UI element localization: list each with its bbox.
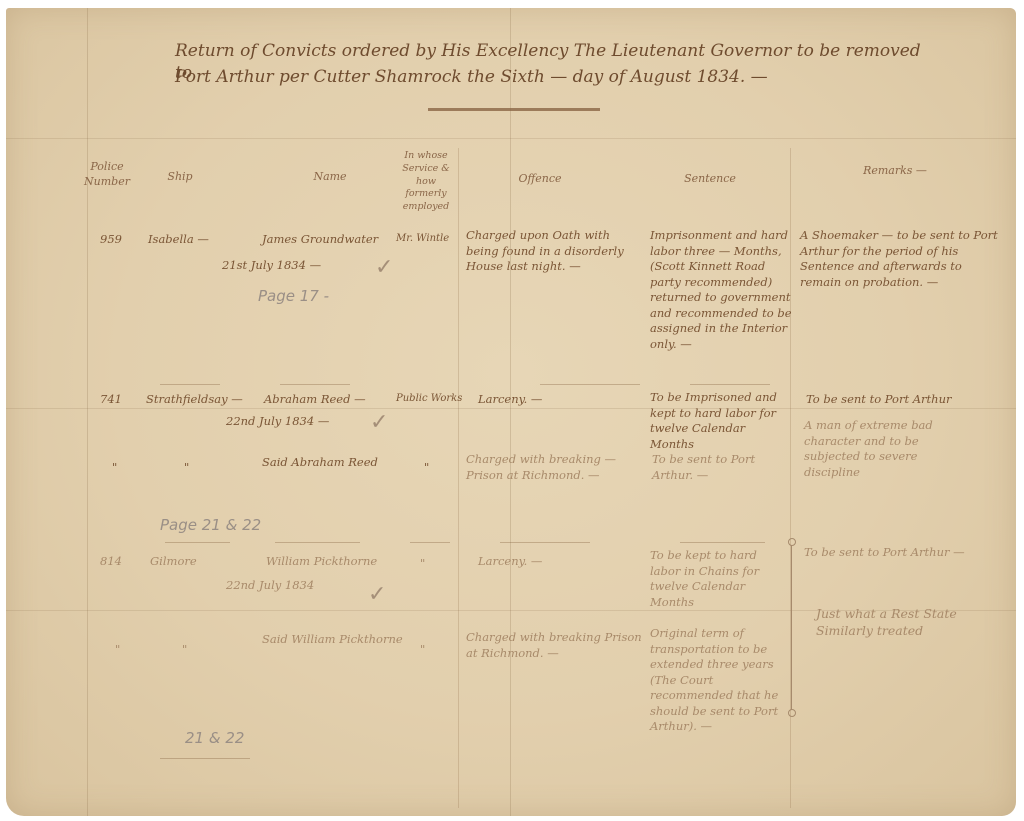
remarks: Just what a Rest State Similarly treated — [816, 606, 966, 640]
header-police-number: Police Number — [82, 160, 132, 190]
row-divider — [160, 384, 220, 385]
title-underline — [428, 108, 600, 111]
remarks: A man of extreme bad character and to be… — [804, 418, 974, 480]
name: Abraham Reed — — [264, 392, 366, 408]
employed: Mr. Wintle — [396, 232, 449, 246]
row-divider — [410, 542, 450, 543]
remarks: To be sent to Port Arthur — — [804, 545, 984, 561]
ship: Gilmore — [150, 554, 197, 570]
sentence: To be Imprisoned and kept to hard labor … — [650, 390, 792, 452]
ship: Isabella — — [148, 232, 209, 248]
sentence: Imprisonment and hard labor three — Mont… — [650, 228, 792, 352]
remarks: To be sent to Port Arthur — [806, 392, 1006, 408]
ship: " — [184, 460, 189, 476]
row-divider — [680, 542, 765, 543]
row-divider — [160, 758, 250, 759]
date: 22nd July 1834 — — [226, 414, 329, 430]
header-remarks: Remarks — — [840, 164, 950, 179]
fold-line — [6, 138, 1016, 139]
offence: Charged upon Oath with being found in a … — [466, 228, 646, 275]
sentence: To be sent to Port Arthur. — — [652, 452, 782, 483]
remarks: A Shoemaker — to be sent to Port Arthur … — [800, 228, 1005, 290]
offence: Charged with breaking Prison at Richmond… — [466, 630, 646, 661]
header-name: Name — [290, 170, 370, 185]
offence: Charged with breaking — Prison at Richmo… — [466, 452, 646, 483]
name: William Pickthorne — [266, 554, 377, 570]
police-number: " — [115, 642, 120, 658]
header-employed: In whose Service & how formerly employed — [394, 150, 458, 214]
header-ship: Ship — [150, 170, 210, 185]
row-divider — [690, 384, 770, 385]
fold-line — [510, 8, 511, 816]
header-sentence: Sentence — [670, 172, 750, 187]
document-page — [6, 8, 1016, 816]
header-offence: Offence — [500, 172, 580, 187]
row-divider — [165, 542, 230, 543]
bracket-line — [791, 545, 792, 710]
fold-line — [6, 408, 1016, 409]
document-title-line2: Port Arthur per Cutter Shamrock the Sixt… — [175, 66, 935, 88]
pencil-note: Page 21 & 22 — [160, 515, 261, 535]
police-number: 959 — [100, 232, 122, 248]
fold-line — [87, 8, 88, 816]
ship: " — [182, 642, 187, 658]
pencil-note: Page 17 - — [258, 286, 329, 306]
date: 21st July 1834 — — [222, 258, 321, 274]
sentence: To be kept to hard labor in Chains for t… — [650, 548, 788, 610]
offence: Larceny. — — [478, 392, 542, 408]
row-divider — [540, 384, 640, 385]
employed: " — [420, 556, 425, 572]
employed: Public Works — [396, 392, 462, 406]
police-number: 814 — [100, 554, 122, 570]
row-divider — [500, 542, 590, 543]
name: James Groundwater — [262, 232, 378, 248]
ship: Strathfieldsay — — [146, 392, 243, 408]
column-divider — [458, 148, 459, 808]
sentence: Original term of transportation to be ex… — [650, 626, 788, 735]
employed: " — [420, 642, 425, 658]
check-mark-icon: ✓ — [370, 410, 388, 435]
police-number: 741 — [100, 392, 122, 408]
name: Said Abraham Reed — [262, 455, 378, 471]
employed: " — [424, 460, 429, 476]
offence: Larceny. — — [478, 554, 542, 570]
row-divider — [275, 542, 360, 543]
check-mark-icon: ✓ — [375, 255, 393, 280]
row-divider — [280, 384, 350, 385]
bottom-pencil-note: 21 & 22 — [185, 728, 244, 748]
name: Said William Pickthorne — [262, 632, 412, 648]
check-mark-icon: ✓ — [368, 582, 386, 607]
date: 22nd July 1834 — [226, 578, 314, 594]
police-number: " — [112, 460, 117, 476]
